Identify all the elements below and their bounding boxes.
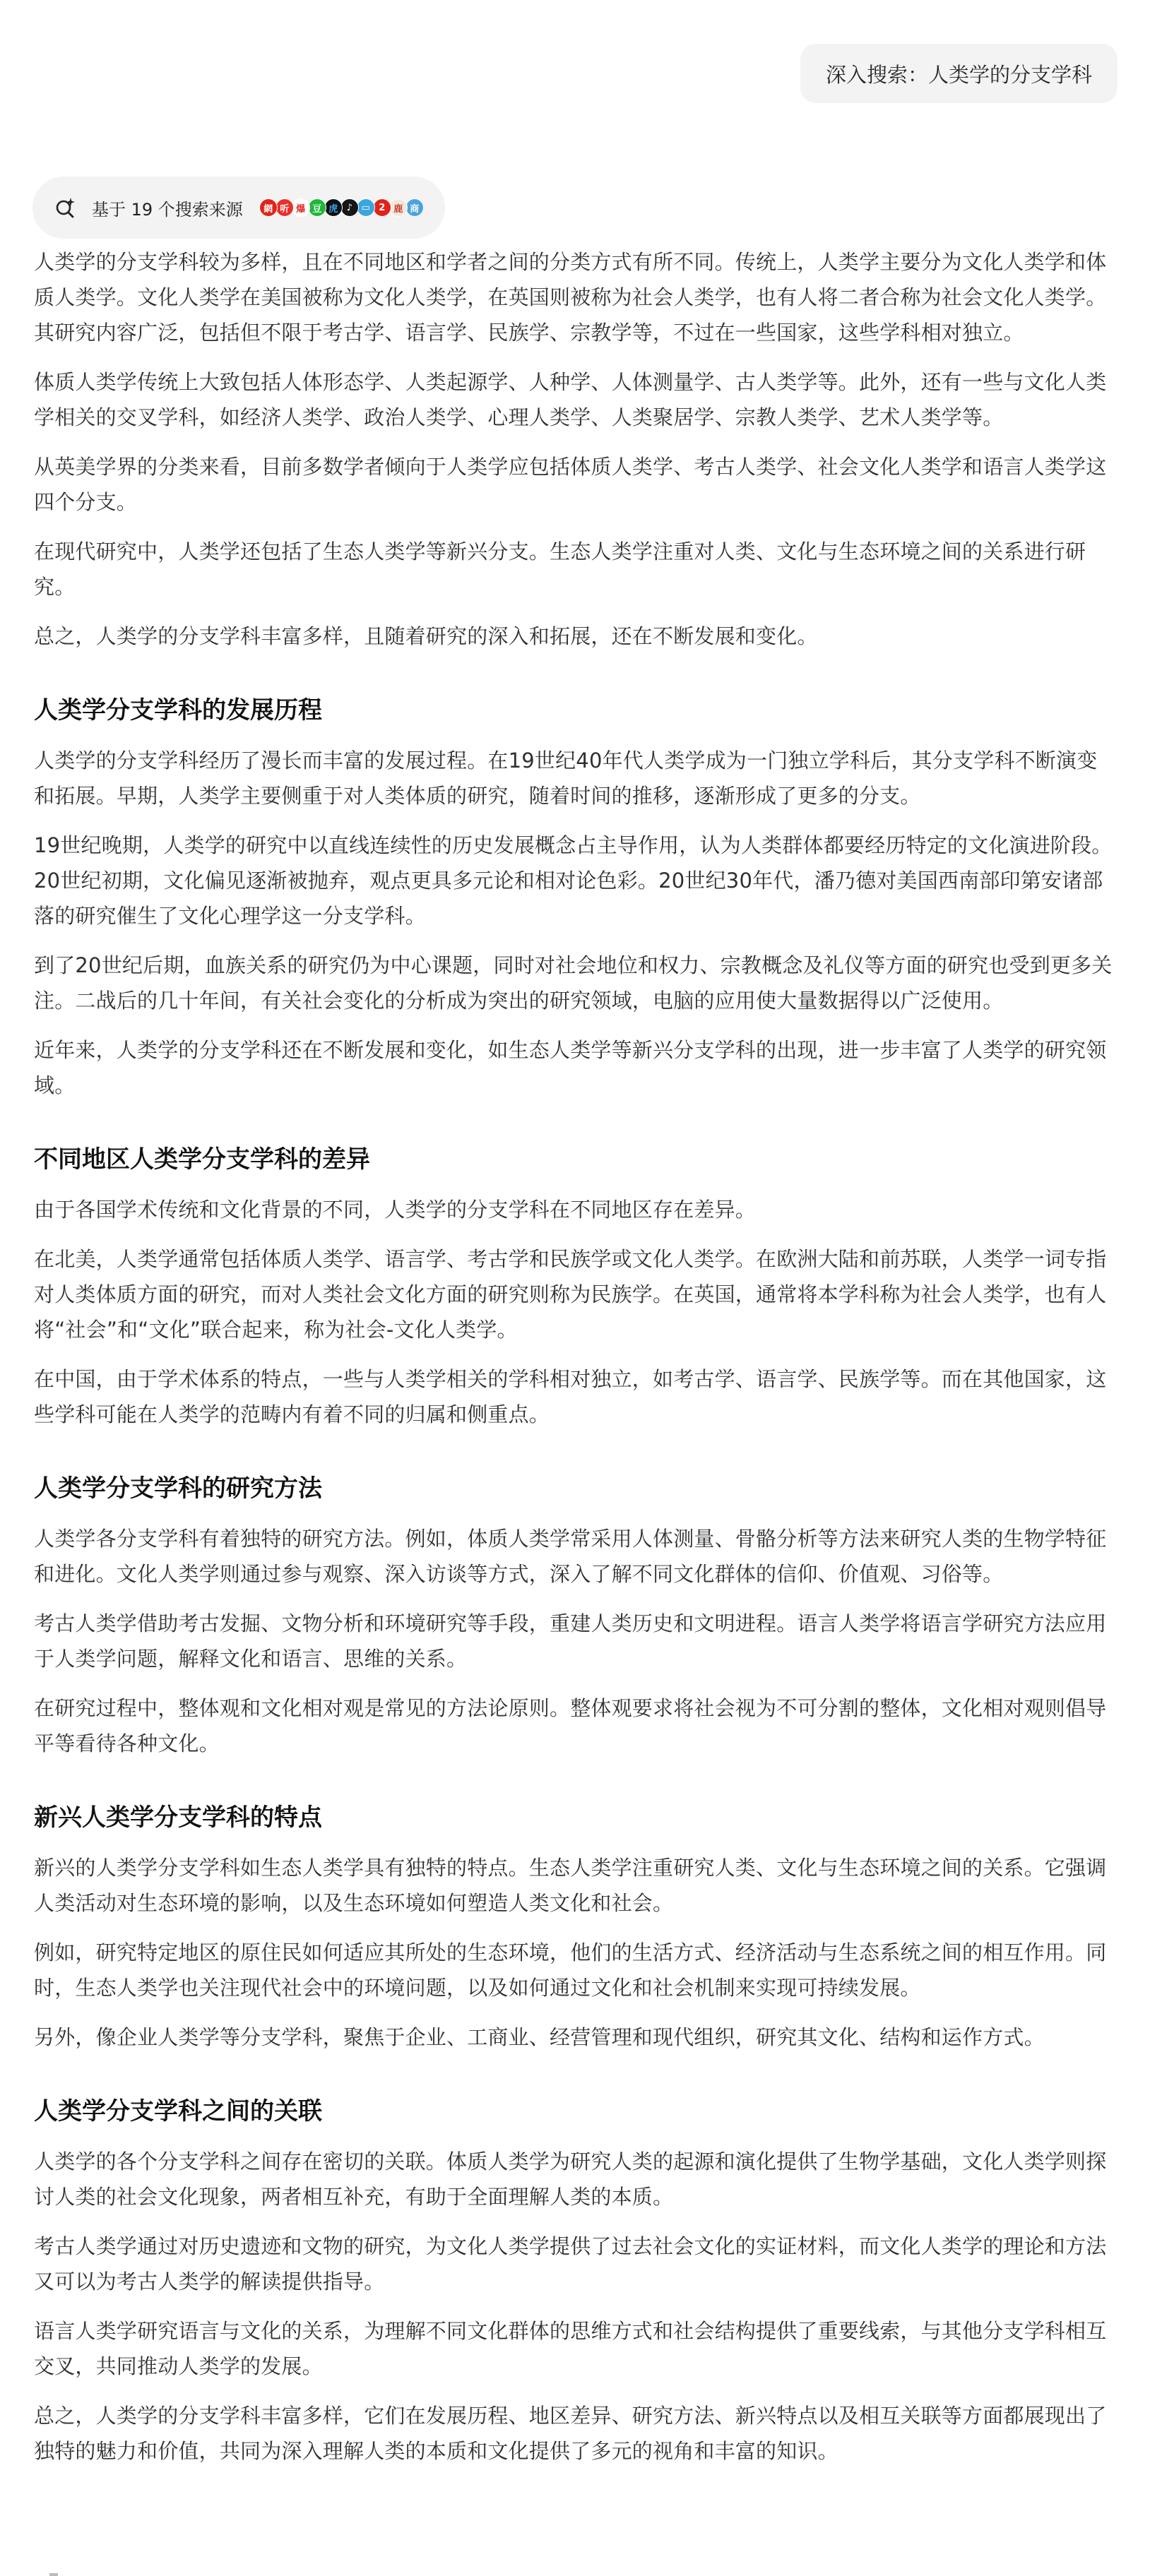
paragraph: 在中国，由于学术体系的特点，一些与人类学相关的学科相对独立，如考古学、语言学、民…	[34, 1361, 1116, 1432]
sohu-icon: 2	[373, 198, 391, 217]
paragraph: 总之，人类学的分支学科丰富多样，它们在发展历程、地区差异、研究方法、新兴特点以及…	[34, 2398, 1116, 2469]
source-icon-list: 網听爆豆虎♪▭2鹿商	[261, 198, 424, 217]
paragraph: 考古人类学通过对历史遗迹和文物的研究，为文化人类学提供了过去社会文化的实证材料，…	[34, 2229, 1116, 2299]
netease-icon: 網	[259, 198, 278, 217]
paragraph: 人类学的分支学科较为多样，且在不同地区和学者之间的分类方式有所不同。传统上，人类…	[34, 244, 1116, 350]
section-interconnections: 人类学分支学科之间的关联 人类学的各个分支学科之间存在密切的关联。体质人类学为研…	[34, 2094, 1116, 2469]
section-heading: 不同地区人类学分支学科的差异	[34, 1143, 1116, 1176]
section-regional-differences: 不同地区人类学分支学科的差异 由于各国学术传统和文化背景的不同，人类学的分支学科…	[34, 1143, 1116, 1432]
section-heading: 新兴人类学分支学科的特点	[34, 1801, 1116, 1835]
huxiu-icon: 虎	[324, 198, 343, 217]
sources-count-label: 基于 19 个搜索来源	[92, 196, 243, 220]
paragraph: 另外，像企业人类学等分支学科，聚焦于企业、工商业、经营管理和现代组织，研究其文化…	[34, 2020, 1116, 2055]
deer-mascot-icon: 鹿	[389, 198, 408, 217]
paragraph: 人类学的各个分支学科之间存在密切的关联。体质人类学为研究人类的起源和演化提供了生…	[34, 2144, 1116, 2214]
toolbar-stub	[49, 2573, 58, 2576]
section-heading: 人类学分支学科之间的关联	[34, 2094, 1116, 2128]
paragraph: 人类学各分支学科有着独特的研究方法。例如，体质人类学常采用人体测量、骨骼分析等方…	[34, 1521, 1116, 1592]
bilibili-icon: ▭	[357, 198, 375, 217]
paragraph: 由于各国学术传统和文化背景的不同，人类学的分支学科在不同地区存在差异。	[34, 1192, 1116, 1227]
paragraph: 体质人类学传统上大致包括人体形态学、人类起源学、人种学、人体测量学、古人类学等。…	[34, 364, 1116, 435]
shang-icon: 商	[405, 198, 424, 217]
douban-icon: 豆	[308, 198, 326, 217]
intro-block: 人类学的分支学科较为多样，且在不同地区和学者之间的分类方式有所不同。传统上，人类…	[34, 244, 1116, 654]
section-heading: 人类学分支学科的研究方法	[34, 1472, 1116, 1505]
paragraph: 在北美，人类学通常包括体质人类学、语言学、考古学和民族学或文化人类学。在欧洲大陆…	[34, 1241, 1116, 1347]
paragraph: 总之，人类学的分支学科丰富多样，且随着研究的深入和拓展，还在不断发展和变化。	[34, 619, 1116, 654]
paragraph: 考古人类学借助考古发掘、文物分析和环境研究等手段，重建人类历史和文明进程。语言人…	[34, 1606, 1116, 1676]
paragraph: 例如，研究特定地区的原住民如何适应其所处的生态环境，他们的生活方式、经济活动与生…	[34, 1935, 1116, 2005]
user-query-bubble: 深入搜索：人类学的分支学科	[800, 44, 1118, 103]
paragraph: 近年来，人类学的分支学科还在不断发展和变化，如生态人类学等新兴分支学科的出现，进…	[34, 1032, 1116, 1103]
paragraph: 从英美学界的分类来看，目前多数学者倾向于人类学应包括体质人类学、考古人类学、社会…	[34, 449, 1116, 520]
paragraph: 语言人类学研究语言与文化的关系，为理解不同文化群体的思维方式和社会结构提供了重要…	[34, 2313, 1116, 2384]
paragraph: 19世纪晚期，人类学的研究中以直线连续性的历史发展概念占主导作用，认为人类群体都…	[34, 828, 1116, 934]
ting-icon: 听	[275, 198, 294, 217]
section-emerging-features: 新兴人类学分支学科的特点 新兴的人类学分支学科如生态人类学具有独特的特点。生态人…	[34, 1801, 1116, 2055]
paragraph: 到了20世纪后期，血族关系的研究仍为中心课题，同时对社会地位和权力、宗教概念及礼…	[34, 948, 1116, 1018]
search-sources-button[interactable]: 基于 19 个搜索来源 網听爆豆虎♪▭2鹿商	[32, 177, 445, 239]
paragraph: 新兴的人类学分支学科如生态人类学具有独特的特点。生态人类学注重研究人类、文化与生…	[34, 1850, 1116, 1921]
answer-content: 人类学的分支学科较为多样，且在不同地区和学者之间的分类方式有所不同。传统上，人类…	[0, 244, 1150, 2469]
section-development-history: 人类学分支学科的发展历程 人类学的分支学科经历了漫长而丰富的发展过程。在19世纪…	[34, 693, 1116, 1103]
user-query-text: 深入搜索：人类学的分支学科	[826, 59, 1092, 88]
paragraph: 人类学的分支学科经历了漫长而丰富的发展过程。在19世纪40年代人类学成为一门独立…	[34, 743, 1116, 813]
paragraph: 在现代研究中，人类学还包括了生态人类学等新兴分支。生态人类学注重对人类、文化与生…	[34, 534, 1116, 604]
section-research-methods: 人类学分支学科的研究方法 人类学各分支学科有着独特的研究方法。例如，体质人类学常…	[34, 1472, 1116, 1761]
douyin-icon: ♪	[340, 198, 359, 217]
baozhao-icon: 爆	[292, 198, 310, 217]
search-sparkle-icon	[54, 196, 78, 220]
user-query-row: 深入搜索：人类学的分支学科	[0, 0, 1150, 105]
paragraph: 在研究过程中，整体观和文化相对观是常见的方法论原则。整体观要求将社会视为不可分割…	[34, 1690, 1116, 1761]
section-heading: 人类学分支学科的发展历程	[34, 693, 1116, 727]
